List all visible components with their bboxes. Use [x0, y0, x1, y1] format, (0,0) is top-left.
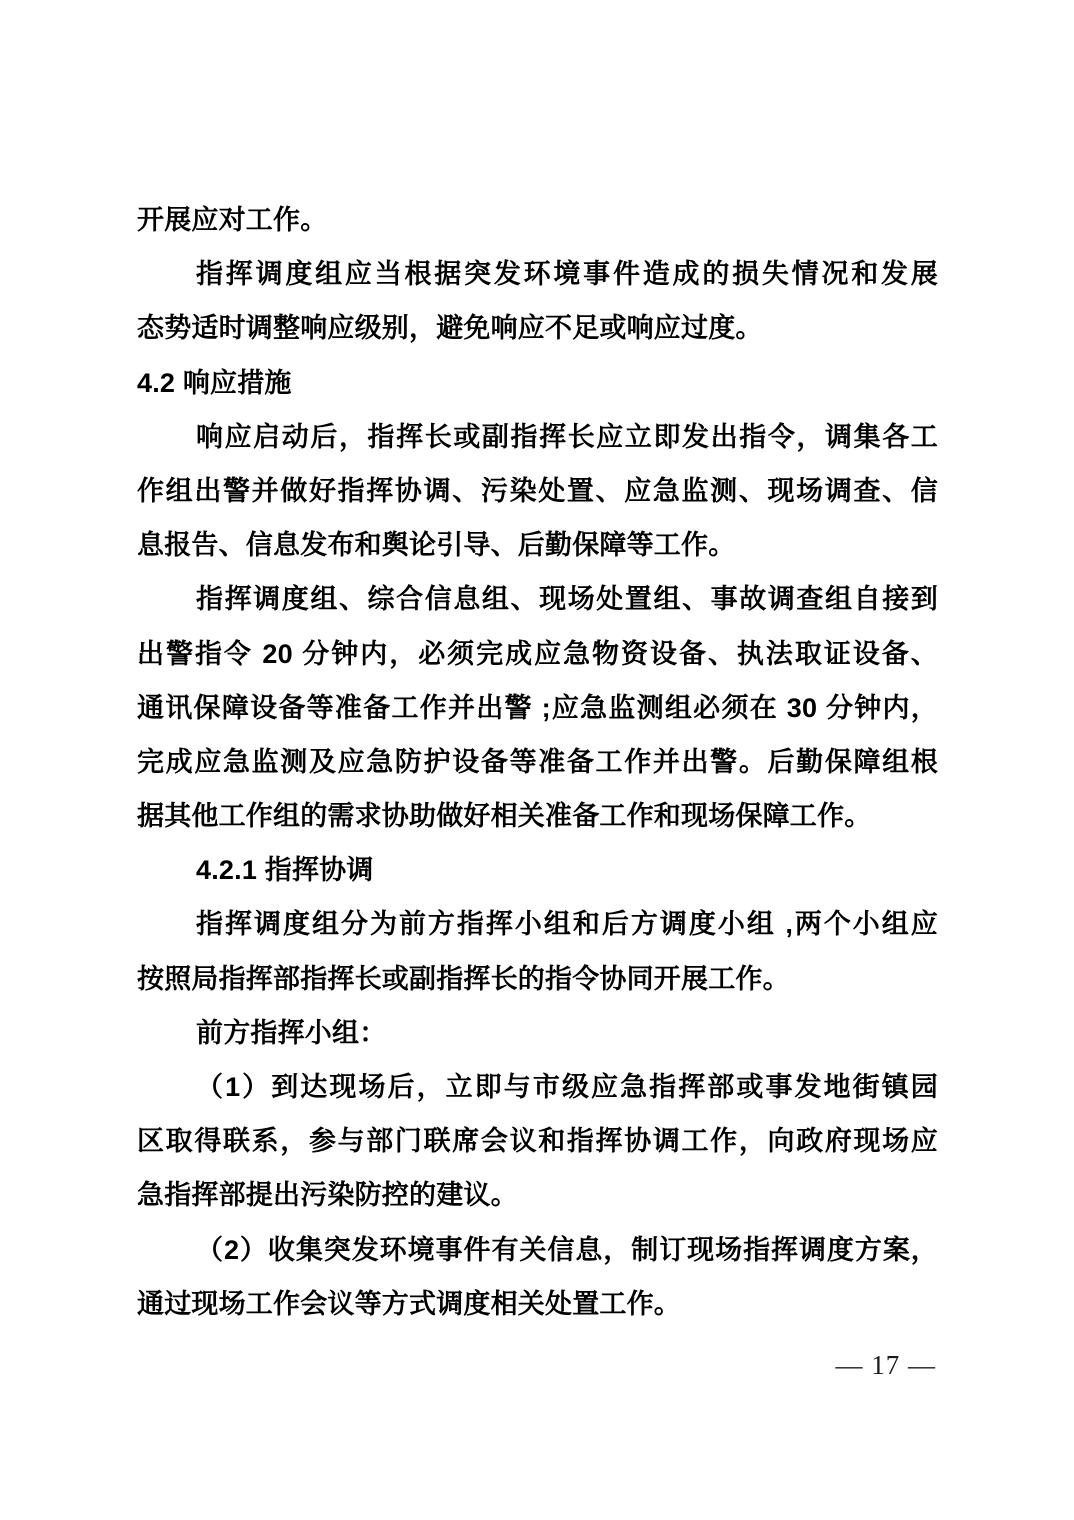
section-heading-line: 4.2.1 指挥协调 [137, 843, 938, 897]
text-line: 按照局指挥部指挥长或副指挥长的指令协同开展工作。 [137, 952, 938, 1006]
text-line: 息报告、信息发布和舆论引导、后勤保障等工作。 [137, 518, 938, 572]
text-line: 通讯保障设备等准备工作并出警 ;应急监测组必须在 30 分钟内， [137, 681, 938, 735]
text-line: 据其他工作组的需求协助做好相关准备工作和现场保障工作。 [137, 789, 938, 843]
text-line: 指挥调度组分为前方指挥小组和后方调度小组 ,两个小组应 [137, 897, 938, 951]
text-line: 通过现场工作会议等方式调度相关处置工作。 [137, 1277, 938, 1331]
page-number: — 17 — [836, 1350, 937, 1381]
text-line: 区取得联系，参与部门联席会议和指挥协调工作，向政府现场应 [137, 1114, 938, 1168]
text-line: 前方指挥小组： [137, 1006, 938, 1060]
text-line: （1）到达现场后，立即与市级应急指挥部或事发地街镇园 [137, 1060, 938, 1114]
text-line: 指挥调度组、综合信息组、现场处置组、事故调查组自接到 [137, 572, 938, 626]
document-page: 开展应对工作。指挥调度组应当根据突发环境事件造成的损失情况和发展态势适时调整响应… [0, 0, 1074, 1520]
text-line: 作组出警并做好指挥协调、污染处置、应急监测、现场调查、信 [137, 464, 938, 518]
text-line: 完成应急监测及应急防护设备等准备工作并出警。后勤保障组根 [137, 735, 938, 789]
text-line: 出警指令 20 分钟内，必须完成应急物资设备、执法取证设备、 [137, 627, 938, 681]
text-line: 开展应对工作。 [137, 193, 938, 247]
text-line: （2）收集突发环境事件有关信息，制订现场指挥调度方案， [137, 1223, 938, 1277]
text-line: 急指挥部提出污染防控的建议。 [137, 1168, 938, 1222]
text-line: 态势适时调整响应级别，避免响应不足或响应过度。 [137, 301, 938, 355]
section-heading-line: 4.2 响应措施 [137, 356, 938, 410]
document-body: 开展应对工作。指挥调度组应当根据突发环境事件造成的损失情况和发展态势适时调整响应… [137, 193, 938, 1331]
text-line: 响应启动后，指挥长或副指挥长应立即发出指令，调集各工 [137, 410, 938, 464]
text-line: 指挥调度组应当根据突发环境事件造成的损失情况和发展 [137, 247, 938, 301]
